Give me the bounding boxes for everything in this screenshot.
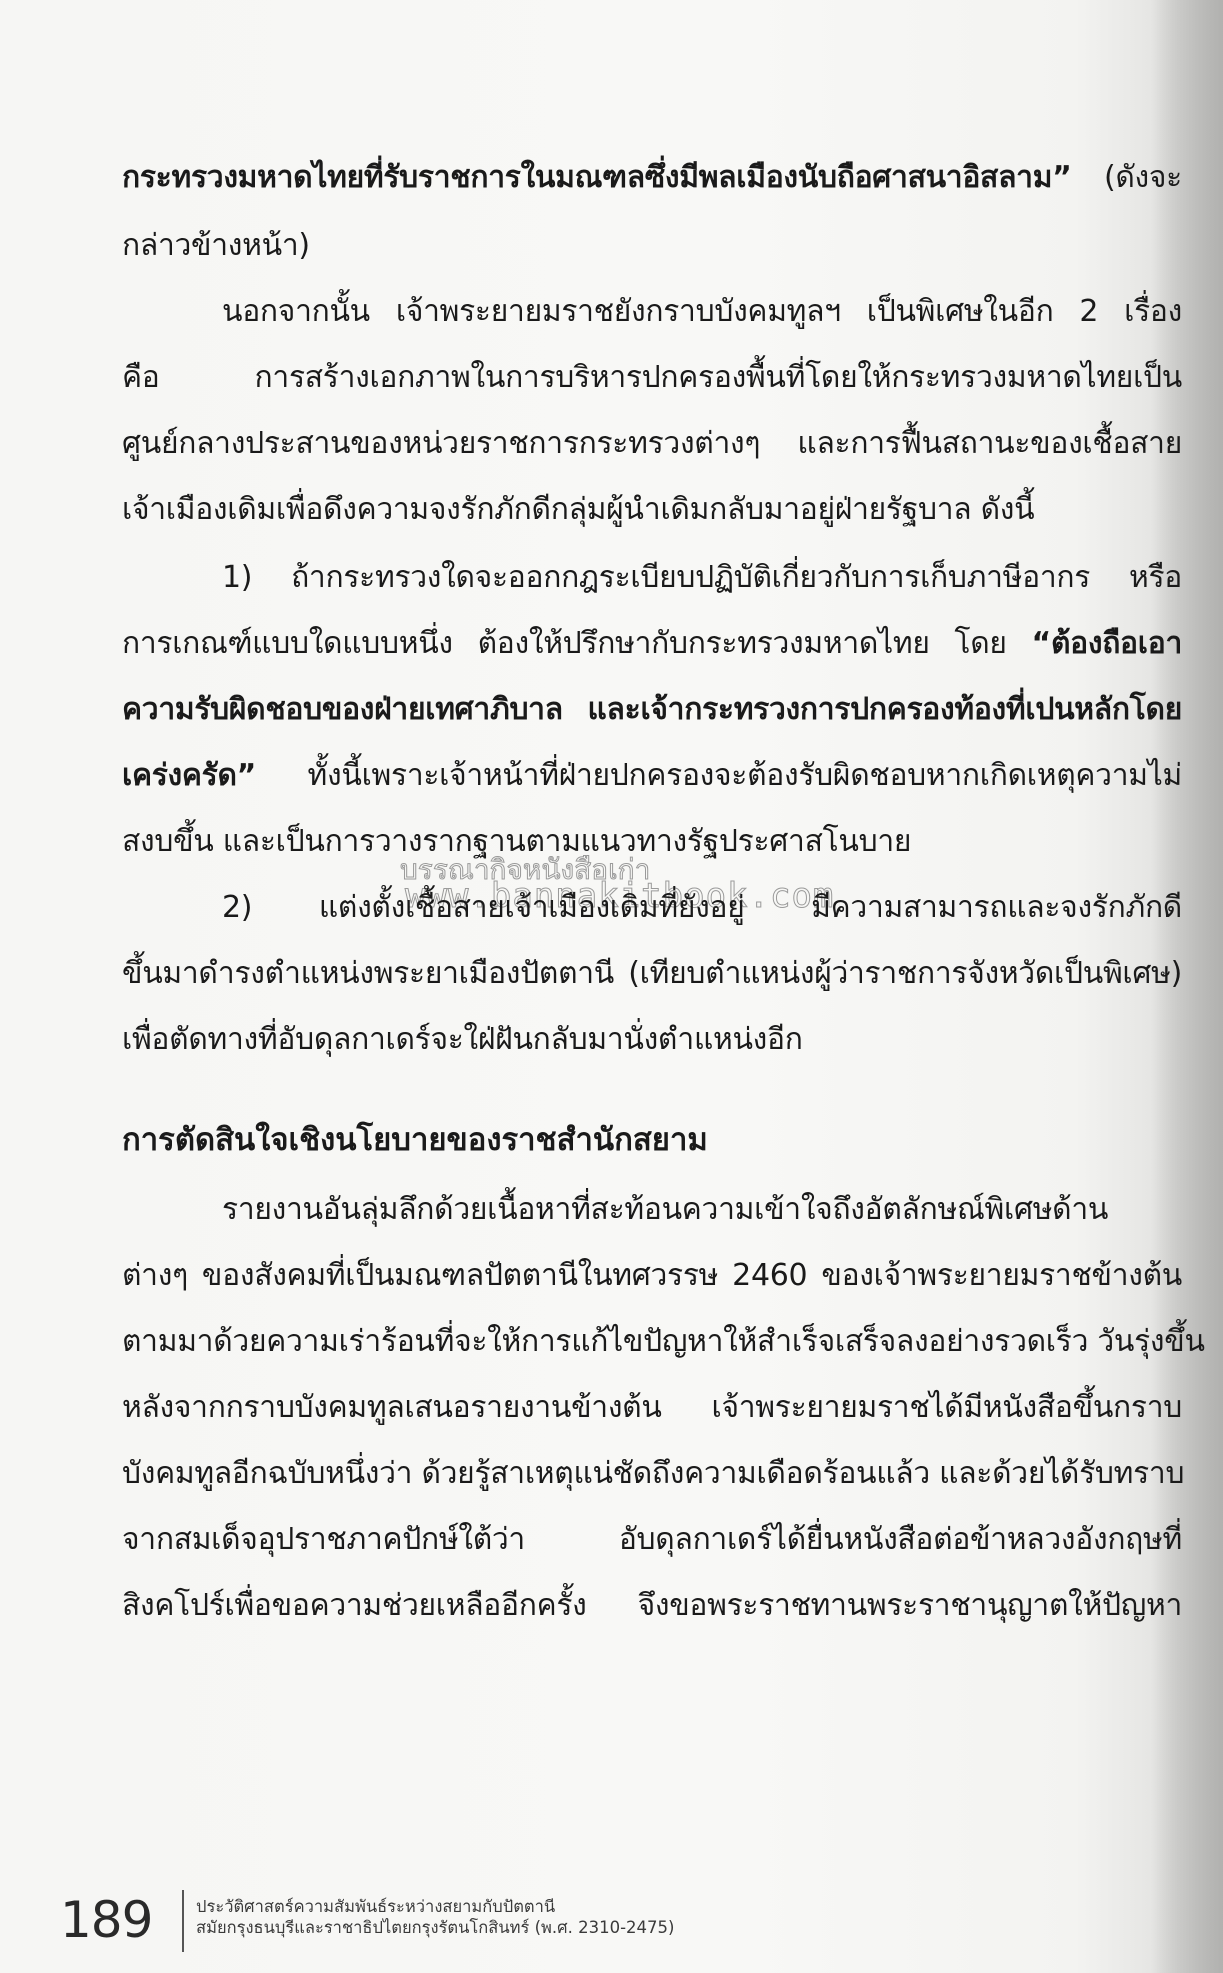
text-span: (ดังจะ	[1072, 160, 1182, 195]
section-line-2: ต่างๆ ของสังคมที่เป็นมณฑลปัตตานีในทศวรรษ…	[122, 1256, 1182, 1296]
list-item-1-line-2: การเกณฑ์แบบใดแบบหนึ่ง ต้องให้ปรึกษากับกร…	[122, 624, 1182, 664]
page-number: 189	[60, 1890, 152, 1950]
list-item-2-line-1: 2) แต่งตั้งเชื้อสายเจ้าเมืองเดิมที่ยังอย…	[122, 888, 1182, 928]
footer-divider	[182, 1890, 184, 1952]
text-line-6: เจ้าเมืองเดิมเพื่อดึงความจงรักภักดีกลุ่ม…	[122, 490, 1182, 530]
section-line-5: บังคมทูลอีกฉบับหนึ่งว่า ด้วยรู้สาเหตุแน่…	[122, 1454, 1182, 1494]
text-span: ต่างๆ ของสังคมที่เป็นมณฑลปัตตานีในทศวรรษ…	[122, 1258, 1182, 1293]
running-title-line-1: ประวัติศาสตร์ความสัมพันธ์ระหว่างสยามกับป…	[196, 1896, 674, 1917]
text-span: ขึ้นมาดำรงตำแหน่งพระยาเมืองปัตตานี (เทีย…	[122, 956, 1182, 991]
text-span: เจ้าเมืองเดิมเพื่อดึงความจงรักภักดีกลุ่ม…	[122, 492, 1034, 527]
quote-bold: กระทรวงมหาดไทยที่รับราชการในมณฑลซึ่งมีพล…	[122, 160, 1072, 195]
quote-bold: “ต้องถือเอา	[1032, 626, 1182, 661]
text-span: ศูนย์กลางประสานของหน่วยราชการกระทรวงต่าง…	[122, 426, 1182, 461]
text-span: 1) ถ้ากระทรวงใดจะออกกฎระเบียบปฏิบัติเกี่…	[222, 560, 1182, 595]
text-line-3: นอกจากนั้น เจ้าพระยายมราชยังกราบบังคมทูล…	[122, 292, 1182, 332]
running-title: ประวัติศาสตร์ความสัมพันธ์ระหว่างสยามกับป…	[196, 1896, 674, 1938]
section-line-3: ตามมาด้วยความเร่าร้อนที่จะให้การแก้ไขปัญ…	[122, 1322, 1182, 1362]
text-span: ตามมาด้วยความเร่าร้อนที่จะให้การแก้ไขปัญ…	[122, 1324, 1205, 1359]
text-span: บังคมทูลอีกฉบับหนึ่งว่า ด้วยรู้สาเหตุแน่…	[122, 1456, 1184, 1491]
book-page: กระทรวงมหาดไทยที่รับราชการในมณฑลซึ่งมีพล…	[0, 0, 1223, 1973]
text-line-2: กล่าวข้างหน้า)	[122, 226, 1182, 266]
text-span: กล่าวข้างหน้า)	[122, 228, 310, 263]
quote-bold: เคร่งครัด”	[122, 758, 256, 793]
list-item-1-line-4: เคร่งครัด” ทั้งนี้เพราะเจ้าหน้าที่ฝ่ายปก…	[122, 756, 1182, 796]
list-item-1-line-5: สงบขึ้น และเป็นการวางรากฐานตามแนวทางรัฐป…	[122, 822, 1182, 862]
list-item-2-line-2: ขึ้นมาดำรงตำแหน่งพระยาเมืองปัตตานี (เทีย…	[122, 954, 1182, 994]
text-span: ทั้งนี้เพราะเจ้าหน้าที่ฝ่ายปกครองจะต้องร…	[256, 758, 1182, 793]
text-line-1: กระทรวงมหาดไทยที่รับราชการในมณฑลซึ่งมีพล…	[122, 158, 1182, 198]
section-line-7: สิงคโปร์เพื่อขอความช่วยเหลืออีกครั้ง จึง…	[122, 1586, 1182, 1626]
text-span: การเกณฑ์แบบใดแบบหนึ่ง ต้องให้ปรึกษากับกร…	[122, 626, 1032, 661]
section-line-6: จากสมเด็จอุปราชภาคปักษ์ใต้ว่า อับดุลกาเด…	[122, 1520, 1182, 1560]
text-line-4: คือ การสร้างเอกภาพในการบริหารปกครองพื้นท…	[122, 358, 1182, 398]
text-span: สิงคโปร์เพื่อขอความช่วยเหลืออีกครั้ง จึง…	[122, 1588, 1182, 1623]
list-item-1-line-3: ความรับผิดชอบของฝ่ายเทศาภิบาล และเจ้ากระ…	[122, 690, 1182, 730]
running-title-line-2: สมัยกรุงธนบุรีและราชาธิปไตยกรุงรัตนโกสิน…	[196, 1917, 674, 1938]
text-span: นอกจากนั้น เจ้าพระยายมราชยังกราบบังคมทูล…	[222, 294, 1182, 329]
text-line-5: ศูนย์กลางประสานของหน่วยราชการกระทรวงต่าง…	[122, 424, 1182, 464]
text-span: 2) แต่งตั้งเชื้อสายเจ้าเมืองเดิมที่ยังอย…	[222, 890, 1182, 925]
text-span: เพื่อตัดทางที่อับดุลกาเดร์จะใฝ่ฝันกลับมา…	[122, 1022, 803, 1057]
text-span: จากสมเด็จอุปราชภาคปักษ์ใต้ว่า อับดุลกาเด…	[122, 1522, 1182, 1557]
list-item-1-line-1: 1) ถ้ากระทรวงใดจะออกกฎระเบียบปฏิบัติเกี่…	[122, 558, 1182, 598]
section-line-4: หลังจากกราบบังคมทูลเสนอรายงานข้างต้น เจ้…	[122, 1388, 1182, 1428]
section-heading: การตัดสินใจเชิงนโยบายของราชสำนักสยาม	[122, 1120, 708, 1160]
text-span: หลังจากกราบบังคมทูลเสนอรายงานข้างต้น เจ้…	[122, 1390, 1182, 1425]
text-span: คือ การสร้างเอกภาพในการบริหารปกครองพื้นท…	[122, 360, 1182, 395]
text-span: รายงานอันลุ่มลึกด้วยเนื้อหาที่สะท้อนความ…	[222, 1192, 1108, 1227]
section-line-1: รายงานอันลุ่มลึกด้วยเนื้อหาที่สะท้อนความ…	[122, 1190, 1182, 1230]
quote-bold: ความรับผิดชอบของฝ่ายเทศาภิบาล และเจ้ากระ…	[122, 692, 1182, 727]
list-item-2-line-3: เพื่อตัดทางที่อับดุลกาเดร์จะใฝ่ฝันกลับมา…	[122, 1020, 1182, 1060]
